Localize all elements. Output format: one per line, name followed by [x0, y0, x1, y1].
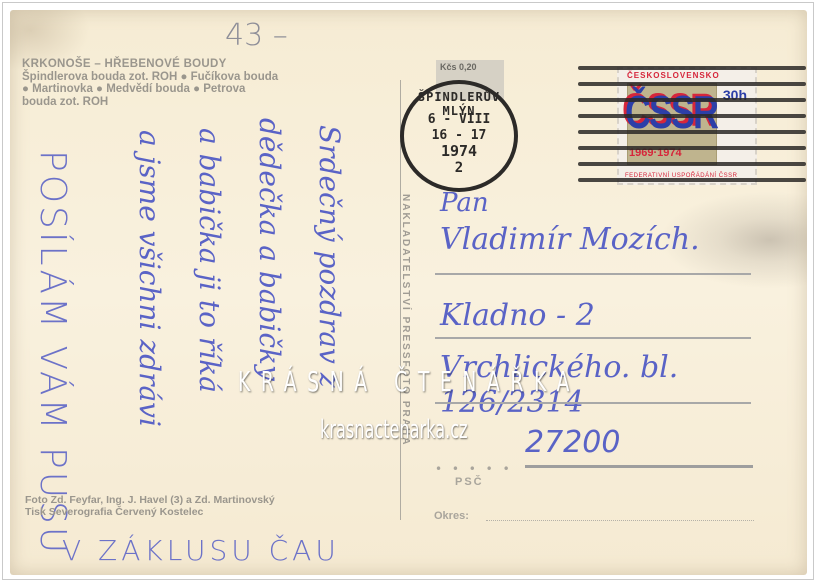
message-line-4: a jsme všichni zdrávi — [135, 130, 163, 427]
message-line-2: dědečka a babičky — [255, 118, 283, 381]
postage-imprint-value: Kčs 0,20 — [440, 62, 477, 72]
address-line-2 — [435, 337, 751, 339]
postmark-year: 1974 — [404, 142, 514, 160]
postmark: ŠPINDLERŮV MLÝN 6 - VIII 16 - 17 1974 2 — [400, 80, 518, 192]
printed-credits: Foto Zd. Feyfar, Ing. J. Havel (3) a Zd.… — [25, 494, 275, 518]
cancellation-lines — [578, 62, 806, 187]
postmark-date: 6 - VIII — [404, 112, 514, 127]
okres-label: Okres: — [434, 510, 469, 522]
handwritten-bottom-text: V ZÁKLUSU ČAU — [62, 534, 340, 567]
printed-header: KRKONOŠE – HŘEBENOVÉ BOUDY Špindlerova b… — [22, 58, 342, 108]
postmark-time: 16 - 17 — [404, 128, 514, 143]
credits-line-2: Tisk Severografia Červený Kostelec — [25, 506, 275, 518]
publisher-vertical: NAKLADATELSTVÍ PRESSFOTO PRAHA — [389, 190, 411, 450]
address-city: Kladno - 2 — [440, 298, 595, 333]
address-line-zip — [525, 465, 753, 468]
credits-line-1: Foto Zd. Feyfar, Ing. J. Havel (3) a Zd.… — [25, 494, 275, 506]
address-salutation: Pan — [440, 188, 489, 218]
address-line-3 — [435, 402, 751, 404]
address-line-1 — [435, 273, 751, 275]
header-line-3: bouda zot. ROH — [22, 96, 342, 109]
postmark-code: 2 — [404, 160, 514, 176]
header-line-1: Špindlerova bouda zot. ROH ● Fučíkova bo… — [22, 71, 342, 84]
handwritten-number: 43 – — [225, 18, 288, 53]
message-line-3: a babička ji to říká — [195, 128, 223, 393]
address-name: Vladimír Mozích. — [440, 222, 700, 257]
psc-dots: • • • • • — [435, 462, 513, 476]
address-zip: 27200 — [525, 425, 620, 460]
header-title: KRKONOŠE – HŘEBENOVÉ BOUDY — [22, 58, 342, 71]
psc-label: PSČ — [455, 476, 484, 488]
watermark-title: KRÁSNÁ ČTENÁŘKA — [238, 365, 580, 398]
message-line-1: Srdečný pozdrav z — [315, 125, 343, 388]
watermark-url: krasnactenarka.cz — [320, 415, 468, 445]
header-line-2: ● Martinovka ● Medvědí bouda ● Petrova — [22, 83, 342, 96]
okres-line — [486, 520, 754, 521]
